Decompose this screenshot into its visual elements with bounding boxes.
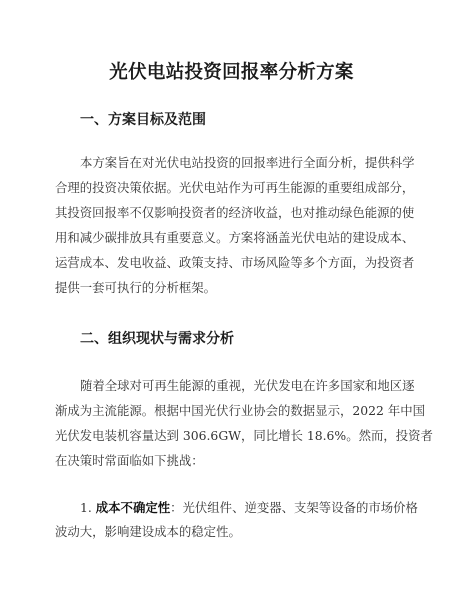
paragraph-line: 提供一套可执行的分析框架。 (55, 280, 407, 296)
list-item-label: 成本不确定性 (96, 500, 170, 515)
paragraph-line: 渐成为主流能源。根据中国光伏行业协会的数据显示，2022 年中国 (55, 403, 407, 419)
section-heading-1: 一、方案目标及范围 (80, 109, 206, 129)
paragraph-line: 合理的投资决策依据。光伏电站作为可再生能源的重要组成部分， (55, 180, 407, 196)
paragraph-line: 在决策时常面临如下挑战： (55, 453, 407, 469)
paragraph-line: 用和减少碳排放具有重要意义。方案将涵盖光伏电站的建设成本、 (55, 230, 407, 246)
list-item-number: 1. (80, 500, 92, 515)
document-title: 光伏电站投资回报率分析方案 (0, 58, 463, 84)
section-heading-2: 二、组织现状与需求分析 (80, 328, 234, 348)
list-item-separator: ： (170, 500, 182, 515)
paragraph-line: 随着全球对可再生能源的重视，光伏发电在许多国家和地区逐 (80, 378, 407, 394)
paragraph-line: 其投资回报率不仅影响投资者的经济收益，也对推动绿色能源的使 (55, 205, 407, 221)
paragraph-line: 光伏发电装机容量达到 306.6GW，同比增长 18.6%。然而，投资者 (55, 428, 407, 444)
list-item-1: 1. 成本不确定性：光伏组件、逆变器、支架等设备的市场价格 (80, 500, 407, 516)
paragraph-line: 运营成本、发电收益、政策支持、市场风险等多个方面，为投资者 (55, 255, 407, 271)
list-item-1-continuation: 波动大，影响建设成本的稳定性。 (55, 524, 407, 540)
list-item-text: 光伏组件、逆变器、支架等设备的市场价格 (183, 500, 418, 515)
paragraph-line: 本方案旨在对光伏电站投资的回报率进行全面分析，提供科学 (80, 155, 407, 171)
document-page: 光伏电站投资回报率分析方案 一、方案目标及范围 本方案旨在对光伏电站投资的回报率… (0, 0, 463, 600)
